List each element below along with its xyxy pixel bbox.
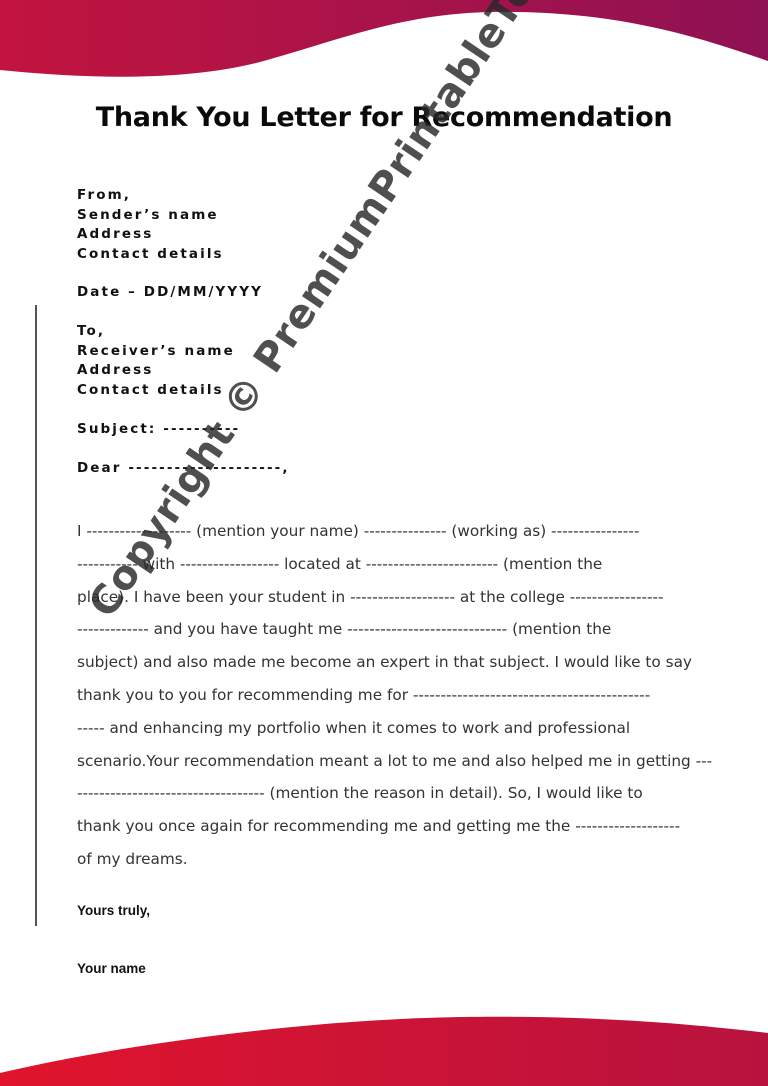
margin-rule-divider bbox=[35, 305, 37, 926]
receiver-line: Address bbox=[77, 361, 235, 381]
greeting-line: Dear --------------------, bbox=[77, 459, 290, 479]
closing-salutation: Yours truly, bbox=[77, 903, 150, 918]
body-line: ---------------------------------- (ment… bbox=[77, 777, 737, 810]
body-line: ----------- with ------------------ loca… bbox=[77, 548, 737, 581]
body-line: thank you once again for recommending me… bbox=[77, 810, 737, 843]
receiver-block: To, Receiver’s name Address Contact deta… bbox=[77, 322, 235, 400]
document-title: Thank You Letter for Recommendation bbox=[0, 102, 768, 133]
receiver-line: Receiver’s name bbox=[77, 342, 235, 362]
letter-body-paragraph: I ------------------- (mention your name… bbox=[77, 515, 737, 876]
sender-block: From, Sender’s name Address Contact deta… bbox=[77, 186, 224, 264]
greeting-text: Dear --------------------, bbox=[77, 459, 290, 479]
body-line: thank you to you for recommending me for… bbox=[77, 679, 737, 712]
receiver-line: To, bbox=[77, 322, 235, 342]
date-text: Date – DD/MM/YYYY bbox=[77, 283, 263, 303]
body-line: subject) and also made me become an expe… bbox=[77, 646, 737, 679]
sender-line: From, bbox=[77, 186, 224, 206]
sender-line: Sender’s name bbox=[77, 206, 224, 226]
body-line: I ------------------- (mention your name… bbox=[77, 515, 737, 548]
body-line: scenario.Your recommendation meant a lot… bbox=[77, 745, 737, 778]
date-line: Date – DD/MM/YYYY bbox=[77, 283, 263, 303]
body-line: ------------- and you have taught me ---… bbox=[77, 613, 737, 646]
subject-text: Subject: ---------- bbox=[77, 420, 240, 440]
body-line: place). I have been your student in ----… bbox=[77, 581, 737, 614]
subject-line: Subject: ---------- bbox=[77, 420, 240, 440]
sender-line: Contact details bbox=[77, 245, 224, 265]
receiver-line: Contact details bbox=[77, 381, 235, 401]
bottom-wave-decoration bbox=[0, 1000, 768, 1086]
body-line: of my dreams. bbox=[77, 843, 737, 876]
signature-name: Your name bbox=[77, 961, 146, 976]
body-line: ----- and enhancing my portfolio when it… bbox=[77, 712, 737, 745]
sender-line: Address bbox=[77, 225, 224, 245]
top-wave-decoration bbox=[0, 0, 768, 90]
